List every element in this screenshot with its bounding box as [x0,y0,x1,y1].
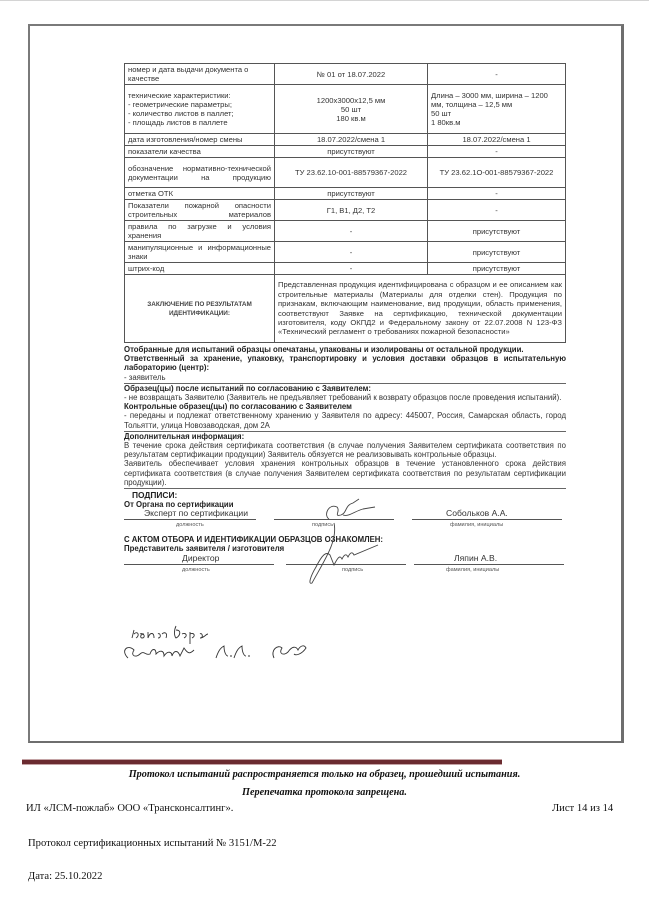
table-row: дата изготовления/номер смены 18.07.2022… [125,134,566,146]
after-tests-heading: Образец(цы) после испытаний по согласова… [124,384,566,393]
conclusion-label: ЗАКЛЮЧЕНИЕ ПО РЕЗУЛЬТАТАМ ИДЕНТИФИКАЦИИ: [125,275,275,343]
scanned-document-content: номер и дата выдачи документа о качестве… [124,63,566,587]
signatures-heading: ПОДПИСИ: [132,491,177,500]
table-row: технические характеристики: - геометриче… [125,85,566,134]
signatures-section: ПОДПИСИ: От Органа по сертификации Экспе… [124,488,566,587]
row-documentation-value: - [428,200,566,221]
row-documentation-value: присутствуют [428,242,566,263]
conclusion-text: Представленная продукция идентифицирован… [275,275,566,343]
additional-info-heading: Дополнительная информация: [124,432,566,441]
responsible-value: - заявитель [124,373,566,382]
protocol-number: Протокол сертификационных испытаний № 31… [28,838,277,849]
additional-info-paragraph-1: В течение срока действия сертификата соо… [124,441,566,459]
organ-name-line [412,519,562,520]
row-documentation-value: Длина – 3000 мм, ширина – 1200 мм, толщи… [428,85,566,134]
row-documentation-value: - [428,146,566,158]
row-label: номер и дата выдачи документа о качестве [125,64,275,85]
footer-rule-highlight-bottom [22,764,502,765]
row-sample-value: - [275,221,428,242]
row-sample-value: ТУ 23.62.10-001-88579367-2022 [275,158,428,188]
protocol-date: Дата: 25.10.2022 [28,871,102,882]
row-documentation-value: присутствуют [428,263,566,275]
organ-position-caption: должность [176,521,204,530]
row-label: правила по загрузке и условия хранения [125,221,275,242]
applicant-position-caption: должность [182,566,210,575]
footer-sheet-number: Лист 14 из 14 [552,803,613,814]
row-label: технические характеристики: - геометриче… [125,85,275,134]
row-sample-value: 18.07.2022/смена 1 [275,134,428,146]
control-samples-value: - переданы и подлежат ответственному хра… [124,411,566,429]
identification-table: номер и дата выдачи документа о качестве… [124,63,566,343]
row-documentation-value: ТУ 23.62.1О-001-88579367-2022 [428,158,566,188]
organ-position-line [124,519,256,520]
after-tests-section: Образец(цы) после испытаний по согласова… [124,383,566,430]
row-label: манипуляционные и информационные знаки [125,242,275,263]
sealed-statement: Отобранные для испытаний образцы опечата… [124,345,566,354]
table-row: показатели качества присутствуют - [125,146,566,158]
handwritten-copy-certification-icon: копия верна Собольков А.А. [110,620,330,670]
applicant-signature-icon [304,521,384,587]
organ-position: Эксперт по сертификации [144,509,248,518]
table-row: правила по загрузке и условия хранения -… [125,221,566,242]
page-top-rule [0,0,649,1]
applicant-name: Ляпин А.В. [454,554,497,563]
row-sample-value: 1200х3000х12,5 мм 50 шт 180 кв.м [275,85,428,134]
footer-lab-name: ИЛ «ЛСМ-пожлаб» ООО «Трансконсалтинг». [26,803,233,814]
organ-name: Собольков А.А. [446,509,508,518]
row-documentation-value: присутствуют [428,221,566,242]
row-documentation-value: - [428,64,566,85]
table-row: Показатели пожарной опасности строительн… [125,200,566,221]
table-row: штрих-код - присутствуют [125,263,566,275]
row-sample-value: № 01 от 18.07.2022 [275,64,428,85]
applicant-name-caption: фамилия, инициалы [446,566,499,575]
applicant-position: Директор [182,554,219,563]
control-samples-heading: Контрольные образец(цы) по согласованию … [124,402,566,411]
row-sample-value: - [275,242,428,263]
row-sample-value: Г1, В1, Д2, Т2 [275,200,428,221]
applicant-heading: Представитель заявителя / изготовителя [124,544,284,553]
row-label: штрих-код [125,263,275,275]
row-documentation-value: 18.07.2022/смена 1 [428,134,566,146]
applicant-position-line [124,564,274,565]
table-row: манипуляционные и информационные знаки -… [125,242,566,263]
applicant-name-line [414,564,564,565]
row-label: отметка ОТК [125,188,275,200]
row-sample-value: - [275,263,428,275]
row-sample-value: присутствуют [275,146,428,158]
footer-rule-highlight-top [22,759,502,760]
additional-info-paragraph-2: Заявитель обеспечивает условия хранения … [124,459,566,487]
row-sample-value: присутствуют [275,188,428,200]
row-label: обозначение нормативно-технической докум… [125,158,275,188]
additional-info-section: Дополнительная информация: В течение сро… [124,431,566,487]
responsible-heading: Ответственный за хранение, упаковку, тра… [124,354,566,372]
footer-notice-reprint: Перепечатка протокола запрещена. [0,787,649,798]
footer-notice-scope: Протокол испытаний распространяется толь… [0,769,649,780]
table-row: отметка ОТК присутствуют - [125,188,566,200]
organ-name-caption: фамилия, инициалы [450,521,503,530]
row-documentation-value: - [428,188,566,200]
row-label: показатели качества [125,146,275,158]
table-row: обозначение нормативно-технической докум… [125,158,566,188]
conclusion-row: ЗАКЛЮЧЕНИЕ ПО РЕЗУЛЬТАТАМ ИДЕНТИФИКАЦИИ:… [125,275,566,343]
row-label: дата изготовления/номер смены [125,134,275,146]
row-label: Показатели пожарной опасности строительн… [125,200,275,221]
table-row: номер и дата выдачи документа о качестве… [125,64,566,85]
after-tests-value: - не возвращать Заявителю (Заявитель не … [124,393,566,402]
